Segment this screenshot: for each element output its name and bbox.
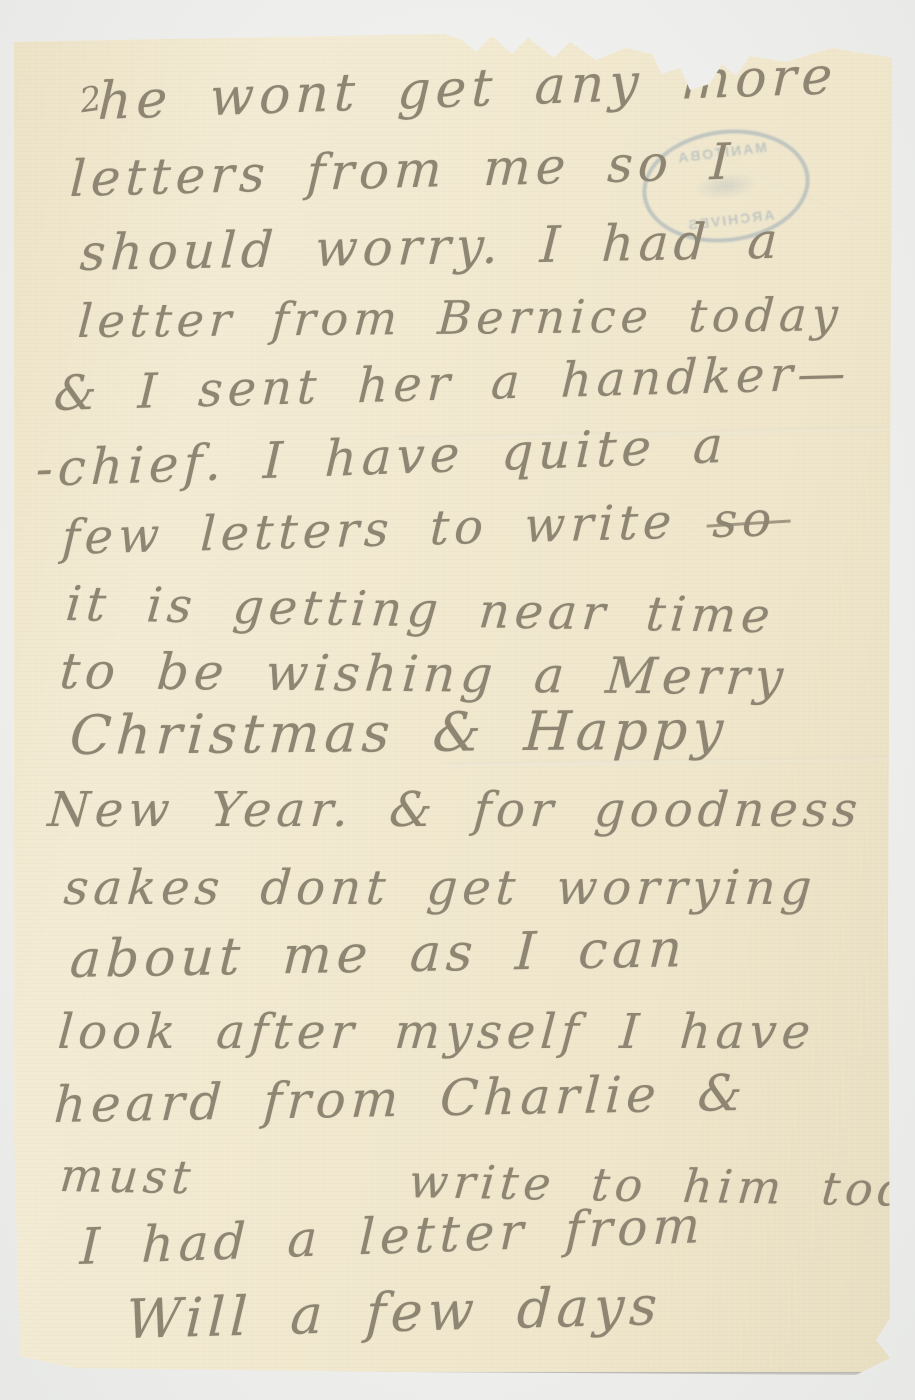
scan-background: MANITOBA ARCHIVES 2 he wont get any more… — [0, 0, 915, 1400]
letter-line-14: look after myself I have — [56, 1004, 817, 1060]
letter-line-8: it is getting near time — [64, 576, 778, 644]
letter-line-2: letters from me so I — [69, 133, 736, 208]
letter-line-15: heard from Charlie & — [52, 1064, 748, 1134]
letter-line-7: few letters to write so — [61, 491, 778, 566]
letter-line-9: to be wishing a Merry — [58, 642, 790, 706]
letter-line-17: I had a letter from — [79, 1196, 706, 1276]
letter-line-11: New Year. & for goodness — [46, 782, 864, 838]
letter-line-12: sakes dont get worrying — [62, 860, 818, 916]
letter-line-18: Will a few days — [125, 1274, 664, 1351]
letter-line-10: Christmas & Happy — [68, 698, 730, 767]
struck-word: so — [711, 491, 777, 549]
letter-page: MANITOBA ARCHIVES 2 he wont get any more… — [14, 28, 892, 1372]
letter-line-5: & I sent her a handker— — [53, 345, 852, 422]
letter-line-4: letter from Bernice today — [76, 287, 844, 348]
letter-line-6: -chief. I have quite a — [35, 416, 729, 498]
letter-line-13: about me as I can — [68, 919, 688, 990]
letter-line-3: should worry. I had a — [78, 212, 783, 282]
letter-line-1: he wont get any more — [97, 46, 838, 132]
